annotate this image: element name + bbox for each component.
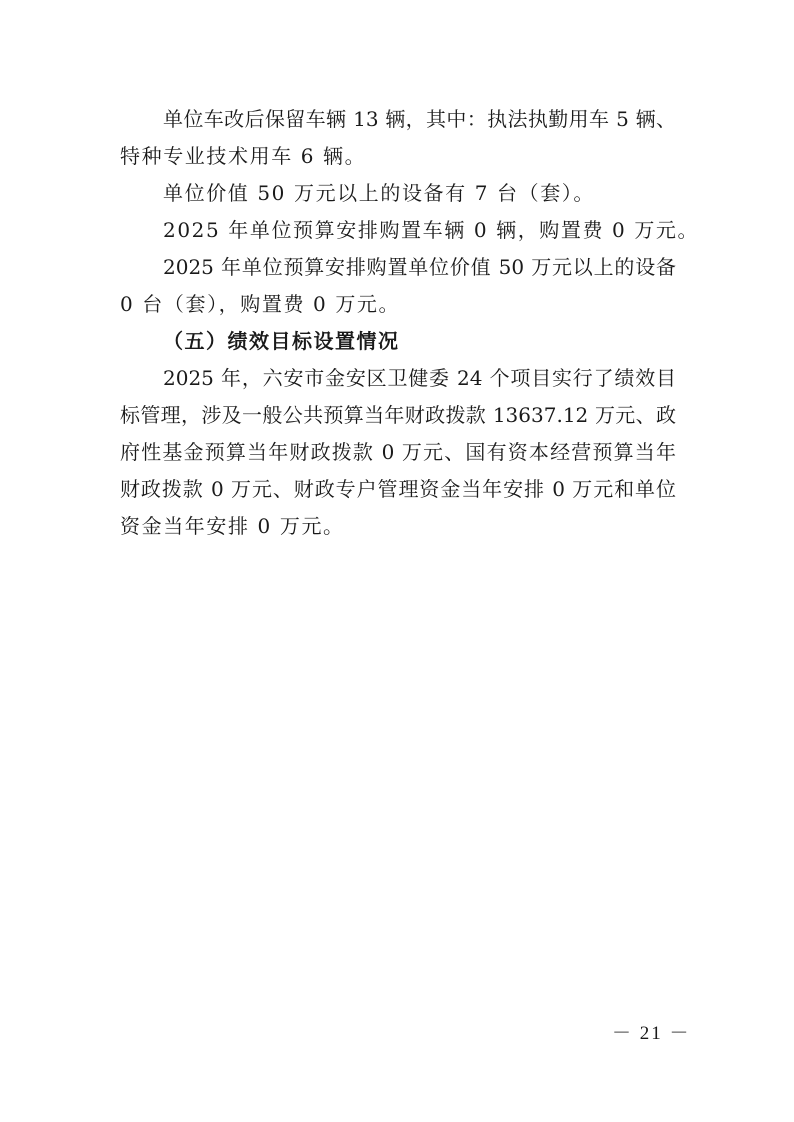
performance-paragraph-line-1: 2025 年，六安市金安区卫健委 24 个项目实行了绩效目 — [120, 360, 676, 397]
paragraph-vehicles-retained-line-2: 特种专业技术用车 6 辆。 — [120, 138, 676, 175]
performance-paragraph-line-4: 财政拨款 0 万元、财政专户管理资金当年安排 0 万元和单位 — [120, 471, 676, 508]
page-number: － 21 － — [612, 1018, 691, 1045]
document-body: 单位车改后保留车辆 13 辆，其中：执法执勤用车 5 辆、 特种专业技术用车 6… — [120, 101, 676, 545]
performance-paragraph-line-2: 标管理，涉及一般公共预算当年财政拨款 13637.12 万元、政 — [120, 397, 676, 434]
paragraph-equipment-purchase-line-1: 2025 年单位预算安排购置单位价值 50 万元以上的设备 — [120, 249, 676, 286]
performance-paragraph-line-3: 府性基金预算当年财政拨款 0 万元、国有资本经营预算当年 — [120, 434, 676, 471]
paragraph-equipment-over-50w: 单位价值 50 万元以上的设备有 7 台（套）。 — [120, 175, 676, 212]
performance-paragraph-line-5: 资金当年安排 0 万元。 — [120, 508, 676, 545]
section-heading-performance-goals: （五）绩效目标设置情况 — [120, 323, 676, 360]
paragraph-vehicles-retained-line-1: 单位车改后保留车辆 13 辆，其中：执法执勤用车 5 辆、 — [120, 101, 676, 138]
paragraph-equipment-purchase-line-2: 0 台（套），购置费 0 万元。 — [120, 286, 676, 323]
paragraph-vehicle-purchase-budget: 2025 年单位预算安排购置车辆 0 辆，购置费 0 万元。 — [120, 212, 676, 249]
